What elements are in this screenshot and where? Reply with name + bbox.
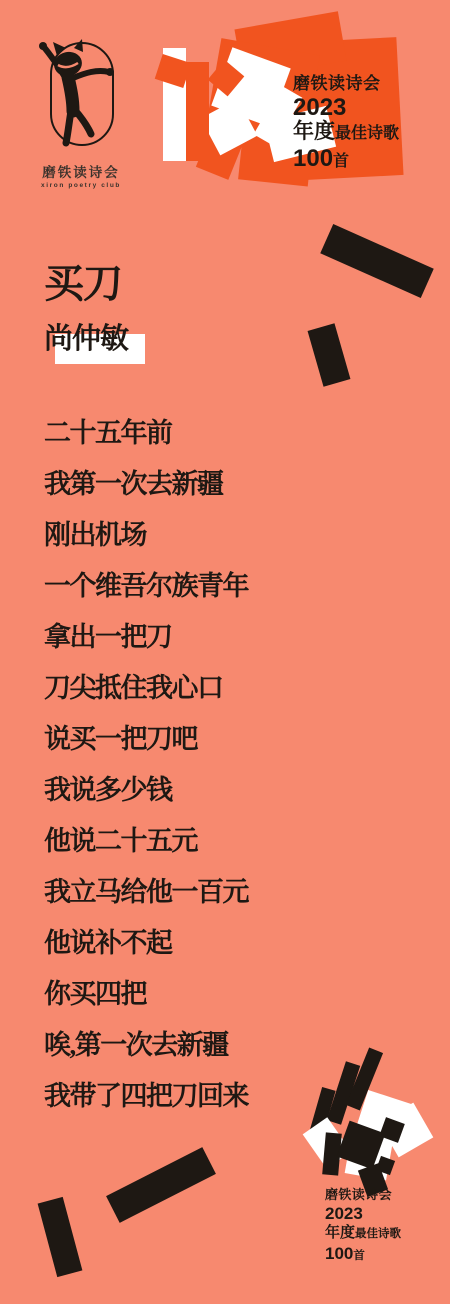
dancing-cat-icon [35, 35, 127, 150]
poem-line: 说买一把刀吧 [44, 714, 248, 765]
poem-line: 你买四把 [44, 969, 248, 1020]
poem-author-block: 尚仲敏 [44, 316, 128, 357]
badge-count-unit: 首 [353, 1250, 365, 1262]
badge-label-big: 年度 [293, 120, 335, 143]
badge-count-unit: 首 [333, 153, 349, 170]
poem-author: 尚仲敏 [44, 316, 128, 357]
poster: 磨铁读诗会 xiron poetry club 磨铁读诗会 2023 年度最佳诗… [0, 0, 450, 1304]
badge-club: 磨铁读诗会 [293, 72, 399, 96]
badge-label-small: 最佳诗歌 [335, 125, 399, 142]
poem-line: 拿出一把刀 [44, 612, 248, 663]
badge-count-num: 100 [325, 1244, 353, 1263]
art-bar [308, 323, 351, 386]
poem-title: 买刀 [44, 252, 122, 309]
art-bar [38, 1197, 83, 1277]
badge-count: 100首 [325, 1244, 401, 1266]
poem-line: 刚出机场 [44, 510, 248, 561]
poem-body: 二十五年前 我第一次去新疆 刚出机场 一个维吾尔族青年 拿出一把刀 刀尖抵住我心… [44, 408, 248, 1122]
poem-line: 二十五年前 [44, 408, 248, 459]
poem-line: 刀尖抵住我心口 [44, 663, 248, 714]
collage-orange-one [186, 62, 209, 161]
poem-line: 我第一次去新疆 [44, 459, 248, 510]
badge-label-small: 最佳诗歌 [355, 1228, 401, 1240]
award-badge-top: 磨铁读诗会 2023 年度最佳诗歌 100首 [293, 72, 399, 174]
poem-line: 一个维吾尔族青年 [44, 561, 248, 612]
badge-label: 年度最佳诗歌 [293, 120, 399, 146]
poem-line: 我带了四把刀回来 [44, 1071, 248, 1122]
award-mark-bottom: 磨铁读诗会 2023 年度最佳诗歌 100首 [300, 1040, 440, 1280]
badge-club: 磨铁读诗会 [325, 1186, 401, 1204]
badge-label: 年度最佳诗歌 [325, 1223, 401, 1244]
badge-count: 100首 [293, 146, 399, 174]
award-mark-top: 磨铁读诗会 2023 年度最佳诗歌 100首 [150, 18, 405, 180]
club-logo: 磨铁读诗会 xiron poetry club [35, 35, 127, 189]
badge-year: 2023 [325, 1204, 401, 1223]
badge-count-num: 100 [293, 145, 333, 172]
poem-line: 他说二十五元 [44, 816, 248, 867]
club-name-en: xiron poetry club [35, 182, 127, 189]
poem-line: 我立马给他一百元 [44, 867, 248, 918]
poem-line: 我说多少钱 [44, 765, 248, 816]
poem-line: 唉,第一次去新疆 [44, 1020, 248, 1071]
art-bar [320, 224, 434, 298]
art-bar [106, 1147, 216, 1223]
badge-label-big: 年度 [325, 1224, 355, 1241]
badge-year: 2023 [293, 96, 399, 120]
club-name-cn: 磨铁读诗会 [35, 161, 127, 181]
award-badge-bottom: 磨铁读诗会 2023 年度最佳诗歌 100首 [325, 1186, 401, 1266]
poem-line: 他说补不起 [44, 918, 248, 969]
